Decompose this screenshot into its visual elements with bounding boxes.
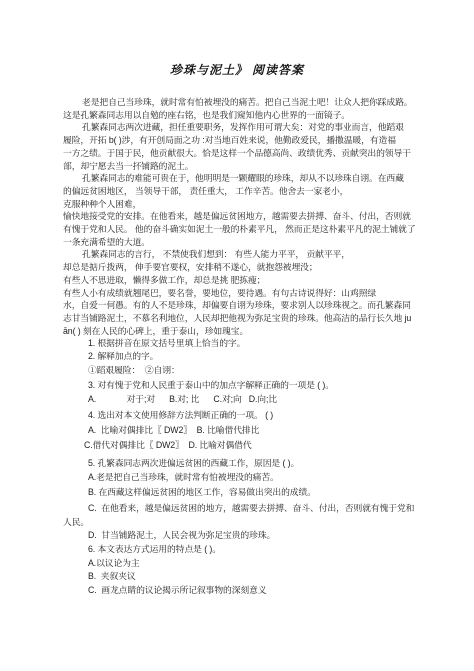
article-line: 有些人不思进取，懒得多做工作，却总是挑 肥拣瘦； [63,274,421,287]
question-option-wrap: 人民。 [63,516,421,529]
article-line: 志甘当铺路泥土，不慕名利地位，人民却把他视为弥足宝贵的珍珠。他高洁的品行长久地 … [63,312,421,325]
question-line: 2. 解释加点的字。 [63,350,421,363]
question-option: A.老是把自己当珍珠，就时常有怕被埋没的痛苦。 [63,471,421,484]
article-line: 有愧于党和人民。 他的奋斗确实如泥土一般的朴素平凡， 然而正是这朴素平凡的泥土铺… [63,223,421,236]
article-line: 克服种种个人困难， [63,198,421,211]
question-option: A.以议论为主 [63,557,421,570]
question-line: 3. 对有愧于党和人民重于泰山中的加点字解释正确的一项是 ( )。 [63,379,421,392]
question-line: 5. 孔繁森同志两次进偏远贫困的西藏工作，原因是 ( )。 [63,457,421,470]
document-page: 珍珠与泥土》 阅读答案 老是把自己当珍珠，就时常有怕被埋没的痛苦。把自己当泥土吧… [0,0,474,671]
article-line: 孔繁森同志的难能可贵在于，他明明是一颗耀眼的珍珠，却从不以珍珠自诩。在西藏 [63,172,421,185]
article-line: 有些人小有成绩就翘尾巴，要名誉，要地位，要待遇。有句古诗说得好：山鸡照绿 [63,287,421,300]
question-line: 6. 本文表达方式运用的特点是 ( )。 [63,543,421,556]
question-option: A. 比喻对偶排比〖 DW2〗 B. 比喻借代排比 [63,424,421,437]
article-line: 这是孔繁森同志用以自勉的座右铭，也是我们窥知他内心世界的一面镜子。 [63,109,421,122]
article-line: 一条充满希望的大道。 [63,236,421,249]
question-option: B. 在西藏这样偏远贫困的地区工作，容易做出突出的成绩。 [63,486,421,499]
question-option: C. 在他看来，越是偏远贫困的地方，越需要去拼搏、奋斗、付出，否则就有愧于党和 [63,502,421,515]
article-line: 一方之绩。于国于民，他贡献很大。恰是这样一个品德高尚、政绩优秀、贡献突出的领导干 [63,147,421,160]
article-line: 部，却宁愿去当一抔铺路的泥土。 [63,160,421,173]
question-option: B. 夹叙夹议 [63,570,421,583]
article-line: 老是把自己当珍珠，就时常有怕被埋没的痛苦。把自己当泥土吧！让众人把你踩成路。 [63,96,421,109]
question-option: A. 对于;对 B.对; 比 C.对;向 D.向;比 [63,393,421,406]
question-line: ①蹈艰履险： ②自诩： [63,364,421,377]
article-line: 却总是掂斤拨两， 伸手要官要权，安排稍不遂心，就抱怨被埋没； [63,261,421,274]
article-content: 老是把自己当珍珠，就时常有怕被埋没的痛苦。把自己当泥土吧！让众人把你踩成路。 这… [63,96,421,597]
question-line: 4. 选出对本文使用修辞方法判断正确的一项。 ( ) [63,409,421,422]
page-title: 珍珠与泥土》 阅读答案 [0,61,474,78]
article-line: 水，自爱一何愚。有的人不是珍珠，却偏要自诩为珍珠，要求别人以珍珠视之。而孔繁森同 [63,299,421,312]
article-line: 的偏远贫困地区， 当领导干部， 责任重大， 工作辛苦。他舍去一家老小， [63,185,421,198]
article-line: ān( ) 刻在人民的心碑上，重于泰山，珍如瑰宝。 [63,325,421,338]
question-option: C. 画龙点睛的议论揭示所记叙事物的深刻意义 [63,584,421,597]
article-line: 愉快地接受党的安排。在他看来，越是偏远贫困地方，越需要去拼搏、奋斗、付出，否则就 [63,210,421,223]
article-line: 孔繁森同志的言行， 不禁使我们想到： 有些人能力平平， 贡献平平， [63,248,421,261]
article-line: 履险，开拓 b( )涉，有开创局面之功 :对当地百姓来说，他勤政爱民，播撒温暖，… [63,134,421,147]
question-option: D. 甘当铺路泥土，人民会视为弥足宝贵的珍珠。 [63,529,421,542]
question-option: C.借代对偶排比〖 DW2〗 D. 比喻对偶借代 [63,439,421,452]
article-line: 孔繁森同志两次进藏，担任重要职务，发挥作用可谓大矣：对党的事业而言，他蹈艰 [63,121,421,134]
question-line: 1. 根据拼音在原文括号里填上恰当的字。 [63,337,421,350]
